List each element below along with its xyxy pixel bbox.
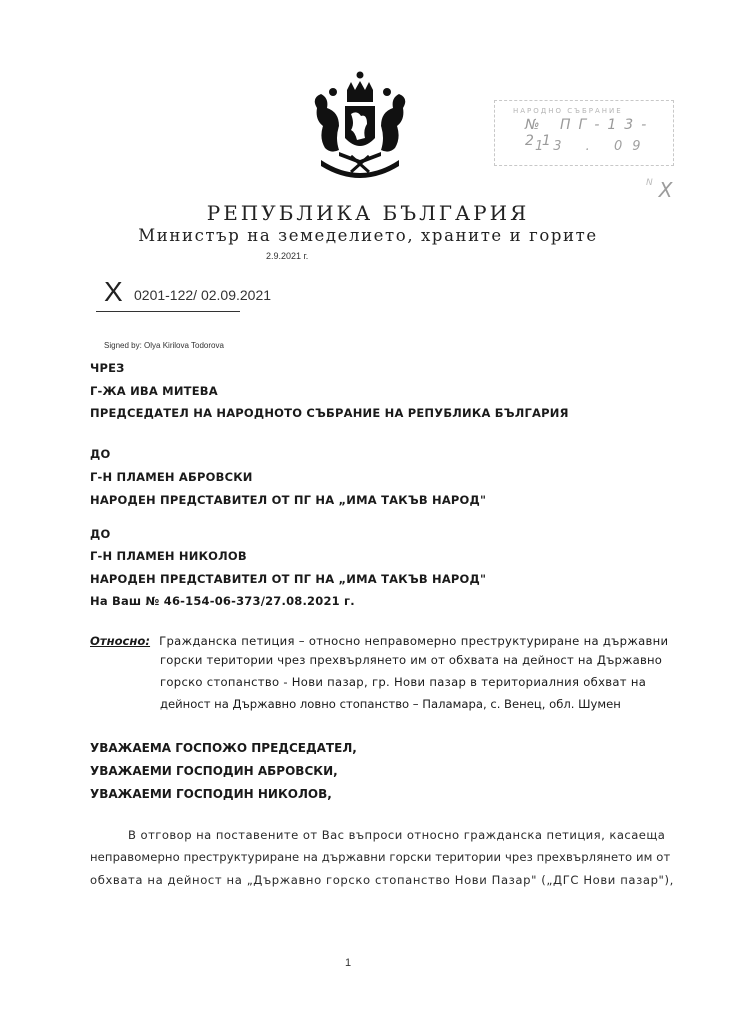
handwritten-mark: NX	[646, 178, 672, 202]
reference-number: На Ваш № 46-154-06-373/27.08.2021 г.	[90, 594, 355, 608]
via-label: ЧРЕЗ	[90, 361, 125, 375]
via-name: Г-ЖА ИВА МИТЕВА	[90, 384, 218, 398]
to2-label: ДО	[90, 527, 110, 541]
salutation-abrovski: УВАЖАЕМИ ГОСПОДИН АБРОВСКИ,	[90, 764, 338, 778]
to2-title: НАРОДЕН ПРЕДСТАВИТЕЛ ОТ ПГ НА „ИМА ТАКЪВ…	[90, 572, 486, 586]
document-date: 2.9.2021 г.	[266, 251, 308, 261]
stamp-title: НАРОДНО СЪБРАНИЕ	[513, 107, 623, 115]
coat-of-arms-icon	[295, 68, 425, 186]
to2-name: Г-Н ПЛАМЕН НИКОЛОВ	[90, 549, 247, 563]
salutation-chair: УВАЖАЕМА ГОСПОЖО ПРЕДСЕДАТЕЛ,	[90, 741, 357, 755]
subject-label: Относно:	[90, 634, 150, 648]
page-number: 1	[345, 957, 351, 969]
signature-x-icon: X	[104, 276, 123, 308]
to1-title: НАРОДЕН ПРЕДСТАВИТЕЛ ОТ ПГ НА „ИМА ТАКЪВ…	[90, 493, 486, 507]
salutation-nikolov: УВАЖАЕМИ ГОСПОДИН НИКОЛОВ,	[90, 787, 332, 801]
subject-line-1: Гражданска петиция – относно неправомерн…	[159, 634, 668, 648]
to1-label: ДО	[90, 447, 110, 461]
handwritten-x-icon: X	[659, 178, 673, 202]
subject-block: Относно: Гражданска петиция – относно не…	[90, 630, 690, 720]
to1-name: Г-Н ПЛАМЕН АБРОВСКИ	[90, 470, 253, 484]
subject-line-4: дейност на Държавно ловно стопанство – П…	[160, 697, 621, 711]
registration-stamp: НАРОДНО СЪБРАНИЕ № ПГ-13-21 13 . 09	[494, 100, 674, 166]
subject-line-2: горски територии чрез прехвърлянето им о…	[160, 653, 662, 667]
handwritten-initial: N	[646, 178, 653, 188]
country-heading: РЕПУБЛИКА БЪЛГАРИЯ	[0, 201, 736, 225]
registration-number: 0201-122/ 02.09.2021	[134, 287, 271, 303]
via-title: ПРЕДСЕДАТЕЛ НА НАРОДНОТО СЪБРАНИЕ НА РЕП…	[90, 406, 569, 420]
ministry-heading: Министър на земеделието, храните и горит…	[0, 226, 736, 245]
body-line-1: В отговор на поставените от Вас въпроси …	[128, 828, 665, 842]
body-text: В отговор на поставените от Вас въпроси …	[90, 828, 690, 908]
body-line-3: обхвата на дейност на „Държавно горско с…	[90, 873, 674, 887]
body-line-2: неправомерно преструктуриране на държавн…	[90, 850, 670, 864]
signed-by: Signed by: Olya Kirilova Todorova	[104, 341, 224, 350]
stamp-date: 13 . 09	[535, 139, 650, 154]
signature-line	[96, 311, 240, 312]
subject-line-3: горско стопанство - Нови пазар, гр. Нови…	[160, 675, 646, 689]
